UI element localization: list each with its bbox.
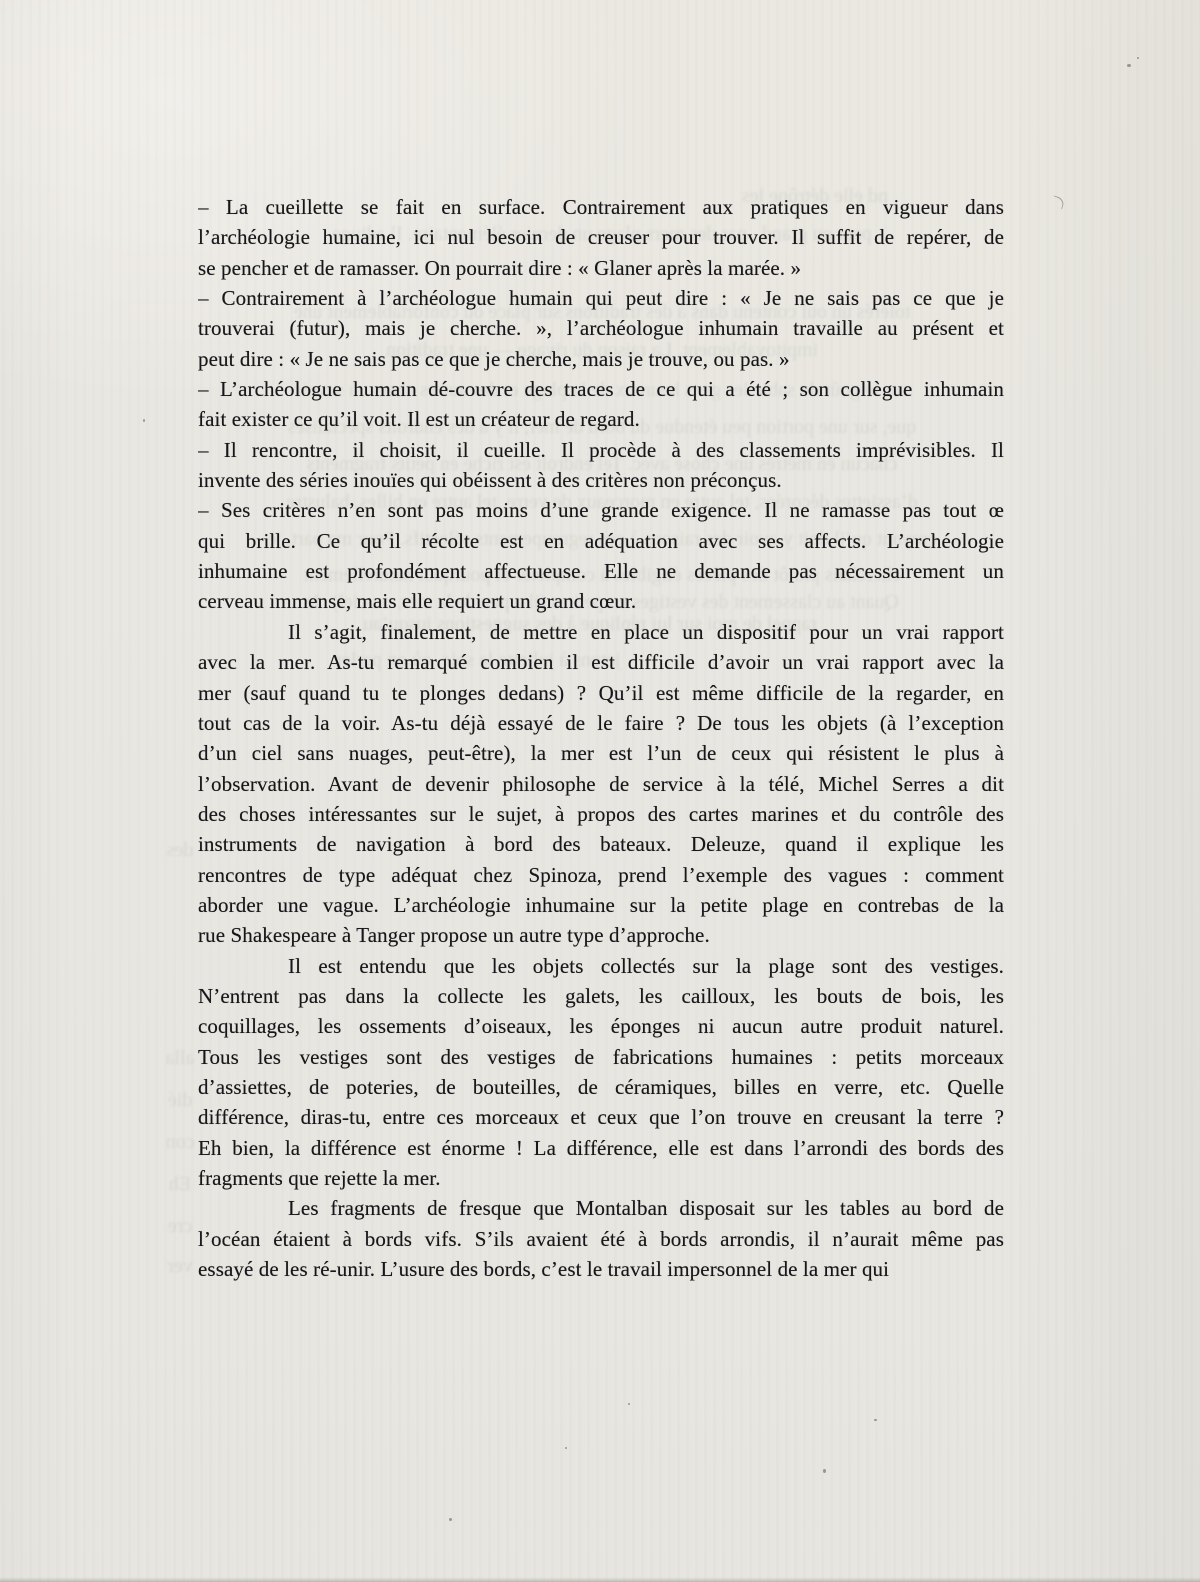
text-line: d’assiettes, de poteries, de bouteilles,… [198, 1072, 1004, 1102]
text-line: trouverai (futur), mais je cherche. », l… [198, 313, 1004, 343]
text-line: essayé de les ré-unir. L’usure des bords… [198, 1254, 1004, 1284]
text-line: – La cueillette se fait en surface. Cont… [198, 192, 1004, 222]
text-line: invente des séries inouïes qui obéissent… [198, 465, 1004, 495]
dust-speck [565, 1447, 567, 1449]
text-line: avec la mer. As-tu remarqué combien il e… [198, 647, 1004, 677]
text-line: aborder une vague. L’archéologie inhumai… [198, 890, 1004, 920]
text-line: – Ses critères n’en sont pas moins d’une… [198, 495, 1004, 525]
scanned-page: nd elle détrône lespeut ou grand . par d… [0, 0, 1200, 1582]
text-line: mer (sauf quand tu te plonges dedans) ? … [198, 678, 1004, 708]
text-line: des choses intéressantes sur le sujet, à… [198, 799, 1004, 829]
text-line: Il s’agit, finalement, de mettre en plac… [198, 617, 1004, 647]
text-line: N’entrent pas dans la collecte les galet… [198, 981, 1004, 1011]
page-bottom-edge [0, 1577, 1200, 1582]
text-line: fragments que rejette la mer. [198, 1163, 1004, 1193]
text-line: se pencher et de ramasser. On pourrait d… [198, 253, 1004, 283]
dust-speck [1137, 57, 1139, 59]
dust-speck [628, 1403, 630, 1405]
text-line: peut dire : « Je ne sais pas ce que je c… [198, 344, 1004, 374]
dust-speck [1127, 64, 1131, 67]
text-line: fait exister ce qu’il voit. Il est un cr… [198, 404, 1004, 434]
text-line: instruments de navigation à bord des bat… [198, 829, 1004, 859]
text-line: – Il rencontre, il choisit, il cueille. … [198, 435, 1004, 465]
text-line: rencontres de type adéquat chez Spinoza,… [198, 860, 1004, 890]
text-line: coquillages, les ossements d’oiseaux, le… [198, 1011, 1004, 1041]
text-line: – Contrairement à l’archéologue humain q… [198, 283, 1004, 313]
text-line: rue Shakespeare à Tanger propose un autr… [198, 920, 1004, 950]
text-line: différence, diras-tu, entre ces morceaux… [198, 1102, 1004, 1132]
body-text: – La cueillette se fait en surface. Cont… [198, 192, 1004, 1284]
dust-speck [449, 1518, 452, 1521]
text-line: l’observation. Avant de devenir philosop… [198, 769, 1004, 799]
text-line: qui brille. Ce qu’il récolte est en adéq… [198, 526, 1004, 556]
text-line: tout cas de la voir. As-tu déjà essayé d… [198, 708, 1004, 738]
text-line: Il est entendu que les objets collectés … [198, 951, 1004, 981]
text-line: Les fragments de fresque que Montalban d… [198, 1193, 1004, 1223]
text-line: l’archéologie humaine, ici nul besoin de… [198, 222, 1004, 252]
dust-speck [823, 1469, 826, 1473]
stray-mark [1051, 195, 1066, 209]
dust-speck [143, 419, 145, 422]
text-line: inhumaine est profondément affectueuse. … [198, 556, 1004, 586]
dust-speck [874, 1419, 877, 1421]
text-line: Eh bien, la différence est énorme ! La d… [198, 1133, 1004, 1163]
text-line: d’un ciel sans nuages, peut-être), la me… [198, 738, 1004, 768]
text-line: Tous les vestiges sont des vestiges de f… [198, 1042, 1004, 1072]
text-line: cerveau immense, mais elle requiert un g… [198, 586, 1004, 616]
text-line: – L’archéologue humain dé-couvre des tra… [198, 374, 1004, 404]
text-line: l’océan étaient à bords vifs. S’ils avai… [198, 1224, 1004, 1254]
